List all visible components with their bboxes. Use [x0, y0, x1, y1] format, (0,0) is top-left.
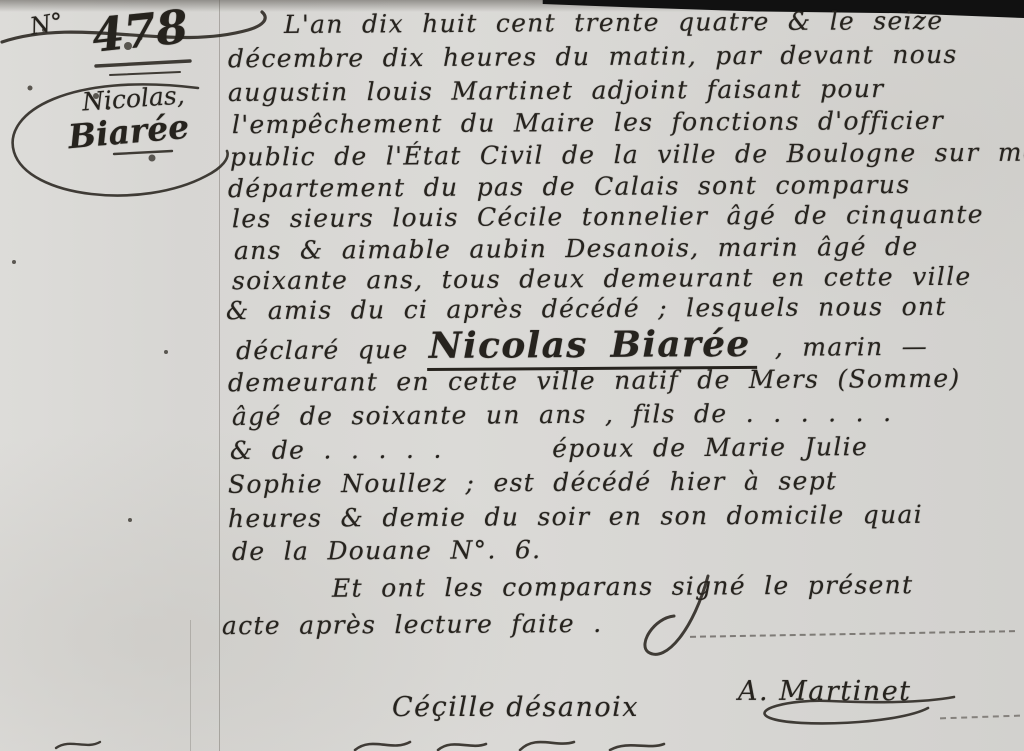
cutoff-margin-stroke: [56, 742, 100, 748]
body-line-5: public de l'État Civil de la ville de Bo…: [230, 137, 1024, 171]
body-line-4: l'empêchement du Maire les fonctions d'o…: [232, 106, 944, 139]
body-line-9: soixante ans, tous deux demeurant en cet…: [232, 262, 972, 296]
closing-line-1: Et ont les comparans signé le présent: [332, 570, 914, 603]
act-number-underline: [96, 61, 190, 66]
body-line-8: ans & aimable aubin Desanois, marin âgé …: [234, 232, 919, 265]
body-line-15: Sophie Noullez ; est décédé hier à sept: [228, 466, 837, 499]
body-line-3: augustin louis Martinet adjoint faisant …: [228, 74, 885, 107]
faded-rule-line: [690, 630, 1015, 638]
body-line-14: & de . . . . . époux de Marie Julie: [230, 432, 868, 465]
deceased-name: Nicolas Biarée: [427, 323, 757, 371]
death-record-scan: N° 478 Nicolas, Biarée L'an dix huit cen…: [0, 0, 1024, 751]
faded-rule-line-2: [940, 715, 1020, 720]
body-line-10: & amis du ci après décédé ; lesquels nou…: [226, 292, 947, 325]
officer-signature: A. Martinet: [738, 676, 912, 707]
act-number: 478: [89, 0, 190, 63]
body-line-1: L'an dix huit cent trente quatre & le se…: [284, 6, 944, 39]
cutoff-next-line-strokes: [355, 742, 664, 750]
margin-rule-line-2: [190, 620, 191, 751]
body-line-13: âgé de soixante un ans , fils de . . . .…: [232, 398, 893, 431]
body-line-17: de la Douane N°. 6.: [232, 535, 542, 566]
body-line-16: heures & demie du soir en son domicile q…: [228, 500, 923, 533]
declaration-pre: déclaré que: [236, 335, 427, 365]
body-line-12: demeurant en cette ville natif de Mers (…: [228, 364, 961, 397]
body-line-7: les sieurs louis Cécile tonnelier âgé de…: [232, 200, 984, 234]
margin-rule-line: [219, 0, 220, 751]
body-line-2: décembre dix heures du matin, par devant…: [228, 40, 958, 73]
act-number-label: N°: [28, 7, 65, 40]
body-line-11: déclaré que Nicolas Biarée , marin —: [236, 322, 928, 368]
body-line-6: département du pas de Calais sont compar…: [228, 170, 911, 203]
act-number-underline-2: [110, 72, 180, 75]
closing-line-2: acte après lecture faite .: [222, 609, 603, 640]
declaration-post: , marin —: [757, 332, 929, 362]
witness-signature: Céçille désanoix: [392, 692, 639, 723]
